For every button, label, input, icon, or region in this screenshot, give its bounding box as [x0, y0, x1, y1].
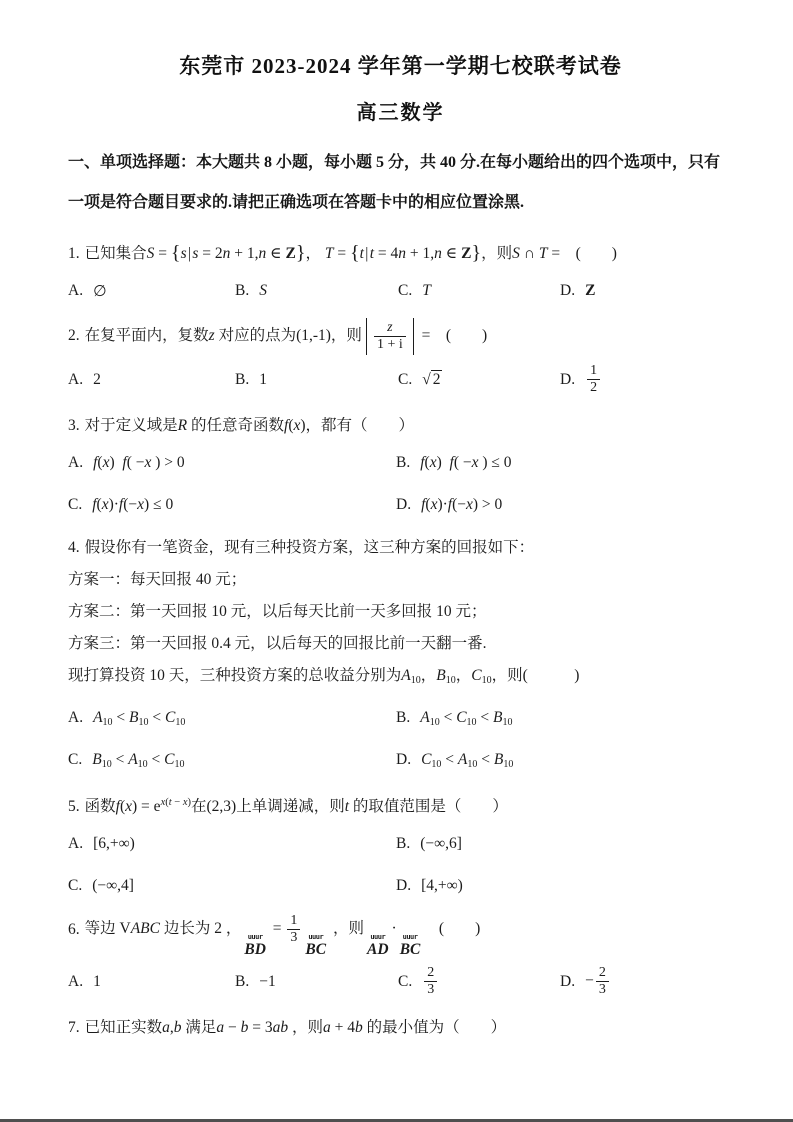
option-content: f(x)·f(−x) > 0 [421, 496, 502, 514]
option-content: A10 < B10 < C10 [93, 709, 185, 728]
options-group: A.f(x) f( −x ) > 0B.f(x) f( −x ) ≤ 0C.f(… [68, 450, 733, 518]
question-7: 7.已知正实数a,b 满足a − b = 3ab ，则a + 4b 的最小值为（… [68, 1012, 733, 1044]
option-label: C. [398, 973, 412, 991]
option-D: D.Z [560, 278, 733, 304]
option-label: C. [68, 496, 82, 514]
option-C: C.(−∞,4] [68, 873, 396, 899]
option-C: C.f(x)·f(−x) ≤ 0 [68, 492, 396, 518]
question-stem-line: 方案二：第一天回报 10 元，以后每天比前一天多回报 10 元； [68, 596, 733, 628]
question-stem: 4.假设你有一笔资金，现有三种投资方案，这三种方案的回报如下： [68, 532, 733, 564]
option-content: S [259, 282, 267, 300]
option-label: D. [560, 282, 575, 300]
question-stem: 2.在复平面内，复数z 对应的点为(1,-1)，则z1 + i = ( ) [68, 318, 733, 355]
option-label: D. [396, 751, 411, 769]
section-intro-line-2: 一项是符合题目要求的.请把正确选项在答题卡中的相应位置涂黑. [68, 194, 524, 211]
option-label: C. [68, 751, 82, 769]
question-number: 7. [68, 1019, 80, 1036]
option-C: C.T [398, 278, 560, 304]
option-content: −1 [259, 973, 276, 991]
option-content: f(x) f( −x ) ≤ 0 [420, 454, 511, 472]
question-stem-line: 现打算投资 10 天，三种投资方案的总收益分别为A10，B10，C10，则( ) [68, 660, 733, 697]
option-A: A.[6,+∞) [68, 831, 396, 857]
option-content: [4,+∞) [421, 877, 463, 895]
question-number: 5. [68, 798, 80, 815]
option-label: A. [68, 282, 83, 300]
question-2: 2.在复平面内，复数z 对应的点为(1,-1)，则z1 + i = ( )A.2… [68, 318, 733, 396]
question-3: 3.对于定义域是R 的任意奇函数f(x)，都有（ ）A.f(x) f( −x )… [68, 410, 733, 518]
question-stem: 1.已知集合S = {s | s = 2n + 1,n ∈ Z}， T = {t… [68, 237, 733, 270]
question-number: 6. [68, 921, 80, 938]
option-C: C.23 [398, 965, 560, 998]
option-content: 2 [93, 371, 101, 389]
option-A: A.A10 < B10 < C10 [68, 705, 396, 731]
option-D: D.−23 [560, 965, 733, 998]
exam-title: 东莞市 2023-2024 学年第一学期七校联考试卷 [68, 50, 733, 80]
option-B: B.A10 < C10 < B10 [396, 705, 733, 731]
options-group: A.1B.−1C.23D.−23 [68, 965, 733, 998]
option-B: B.−1 [235, 969, 398, 995]
option-label: B. [235, 282, 249, 300]
option-content: ∅ [93, 282, 107, 301]
option-label: D. [396, 877, 411, 895]
option-content: −23 [585, 965, 611, 998]
option-content: T [422, 282, 431, 300]
option-label: C. [398, 371, 412, 389]
option-content: [6,+∞) [93, 835, 135, 853]
option-A: A.2 [68, 367, 235, 393]
option-B: B.S [235, 278, 398, 304]
option-content: 23 [422, 965, 439, 998]
option-B: B.1 [235, 367, 398, 393]
option-label: C. [68, 877, 82, 895]
option-content: √2 [422, 371, 442, 389]
question-number: 1. [68, 245, 80, 262]
option-content: 1 [93, 973, 101, 991]
option-label: B. [396, 835, 410, 853]
options-group: A.∅B.SC.TD.Z [68, 278, 733, 304]
option-label: C. [398, 282, 412, 300]
question-number: 2. [68, 327, 80, 344]
option-content: 12 [585, 363, 602, 396]
question-number: 4. [68, 539, 80, 556]
option-D: D.f(x)·f(−x) > 0 [396, 492, 733, 518]
options-group: A.2B.1C.√2D.12 [68, 363, 733, 396]
question-stem: 6.等边 VABC 边长为 2 ，uuurBD = 13uuurBC ，则uuu… [68, 913, 733, 957]
section-one-intro: 一、单项选择题：本大题共 8 小题，每小题 5 分，共 40 分.在每小题给出的… [68, 143, 733, 223]
option-content: 1 [259, 371, 267, 389]
section-intro-line-1: 一、单项选择题：本大题共 8 小题，每小题 5 分，共 40 分.在每小题给出的… [68, 154, 720, 171]
option-content: Z [585, 282, 595, 300]
option-label: A. [68, 454, 83, 472]
question-stem-line: 方案三：第一天回报 0.4 元，以后每天的回报比前一天翻一番. [68, 628, 733, 660]
question-1: 1.已知集合S = {s | s = 2n + 1,n ∈ Z}， T = {t… [68, 237, 733, 304]
option-content: f(x)·f(−x) ≤ 0 [92, 496, 173, 514]
option-B: B.(−∞,6] [396, 831, 733, 857]
exam-subtitle: 高三数学 [68, 96, 733, 125]
exam-content: 东莞市 2023-2024 学年第一学期七校联考试卷 高三数学 一、单项选择题：… [0, 0, 793, 1044]
option-label: D. [396, 496, 411, 514]
option-C: C.B10 < A10 < C10 [68, 747, 396, 773]
option-label: B. [235, 371, 249, 389]
option-label: A. [68, 371, 83, 389]
options-group: A.[6,+∞)B.(−∞,6]C.(−∞,4]D.[4,+∞) [68, 831, 733, 899]
option-A: A.f(x) f( −x ) > 0 [68, 450, 396, 476]
option-label: A. [68, 835, 83, 853]
option-D: D.[4,+∞) [396, 873, 733, 899]
question-6: 6.等边 VABC 边长为 2 ，uuurBD = 13uuurBC ，则uuu… [68, 913, 733, 998]
option-label: D. [560, 371, 575, 389]
option-label: D. [560, 973, 575, 991]
option-label: B. [396, 454, 410, 472]
option-content: B10 < A10 < C10 [92, 751, 184, 770]
question-stem: 7.已知正实数a,b 满足a − b = 3ab ，则a + 4b 的最小值为（… [68, 1012, 733, 1044]
option-label: B. [396, 709, 410, 727]
option-content: f(x) f( −x ) > 0 [93, 454, 185, 472]
question-5: 5.函数f(x) = ex(t − x)在(2,3)上单调递减，则t 的取值范围… [68, 787, 733, 899]
question-list: 1.已知集合S = {s | s = 2n + 1,n ∈ Z}， T = {t… [68, 237, 733, 1044]
question-stem: 3.对于定义域是R 的任意奇函数f(x)，都有（ ） [68, 410, 733, 442]
option-C: C.√2 [398, 367, 560, 393]
option-A: A.1 [68, 969, 235, 995]
option-label: A. [68, 973, 83, 991]
option-label: A. [68, 709, 83, 727]
option-label: B. [235, 973, 249, 991]
question-stem: 5.函数f(x) = ex(t − x)在(2,3)上单调递减，则t 的取值范围… [68, 787, 733, 823]
option-content: C10 < A10 < B10 [421, 751, 513, 770]
option-D: D.12 [560, 363, 733, 396]
question-stem-line: 方案一：每天回报 40 元； [68, 564, 733, 596]
question-4: 4.假设你有一笔资金，现有三种投资方案，这三种方案的回报如下：方案一：每天回报 … [68, 532, 733, 773]
option-B: B.f(x) f( −x ) ≤ 0 [396, 450, 733, 476]
exam-page: 东莞市 2023-2024 学年第一学期七校联考试卷 高三数学 一、单项选择题：… [0, 0, 793, 1122]
option-D: D.C10 < A10 < B10 [396, 747, 733, 773]
option-content: (−∞,4] [92, 877, 134, 895]
option-A: A.∅ [68, 278, 235, 304]
question-number: 3. [68, 417, 80, 434]
option-content: (−∞,6] [420, 835, 462, 853]
option-content: A10 < C10 < B10 [420, 709, 512, 728]
options-group: A.A10 < B10 < C10B.A10 < C10 < B10C.B10 … [68, 705, 733, 773]
